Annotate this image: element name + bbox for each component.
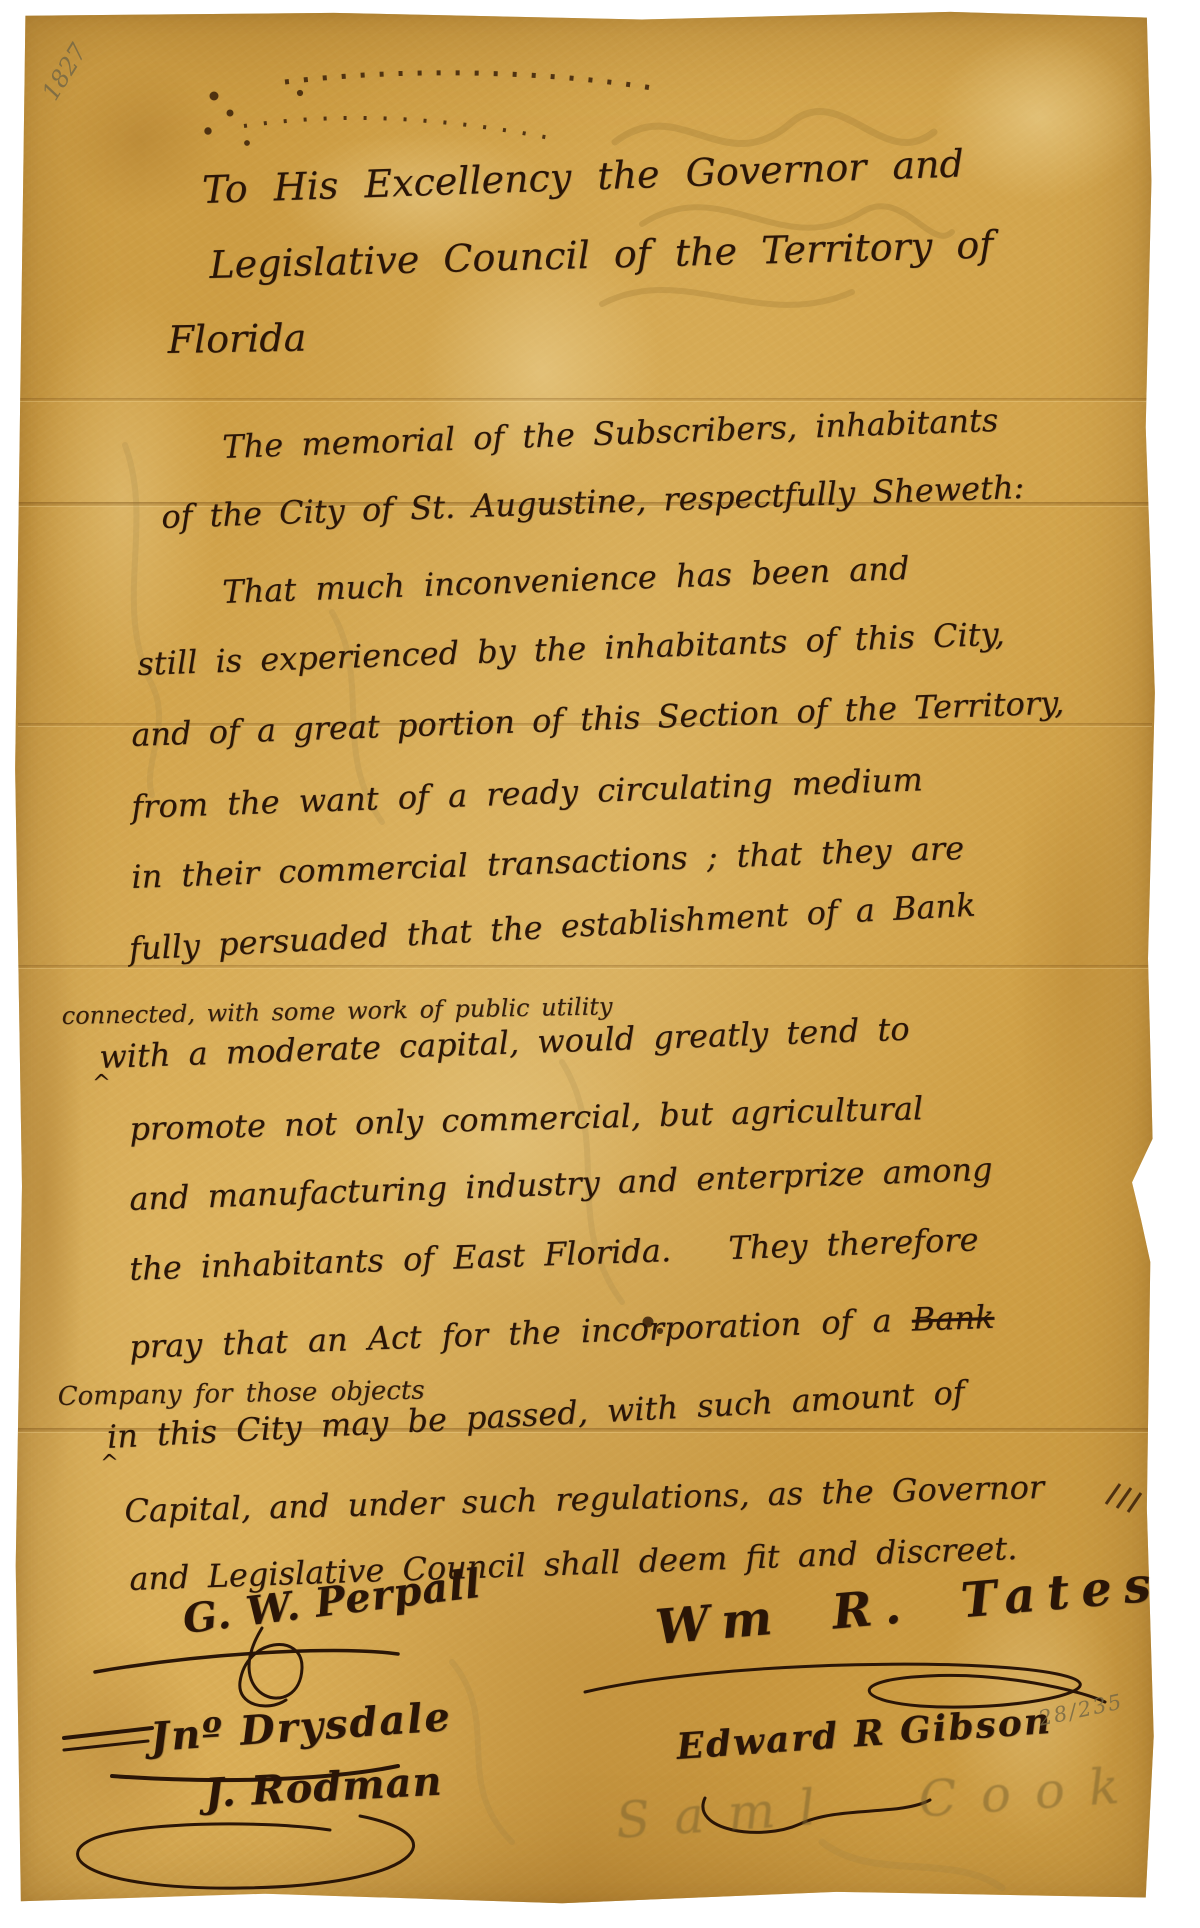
- manuscript-line: pray that an Act for the incorporation o…: [129, 1298, 995, 1366]
- manuscript-line: the inhabitants of East Florida. They th…: [129, 1220, 979, 1288]
- caret-insertion-mark: ^: [100, 1450, 120, 1476]
- handwritten-text: and manufacturing industry and enterpriz…: [129, 1150, 993, 1218]
- manuscript-line: of the City of St. Augustine, respectful…: [161, 468, 1025, 536]
- manuscript-line: Capital, and under such regulations, as …: [124, 1468, 1045, 1530]
- handwritten-text: That much inconvenience has been and: [222, 549, 910, 611]
- manuscript-line: To His Excellency the Governor and: [201, 141, 964, 212]
- handwritten-text: the inhabitants of East Florida. They th…: [129, 1220, 979, 1288]
- manuscript-line: fully persuaded that the establishment o…: [128, 886, 976, 968]
- handwritten-text: and of a great portion of this Section o…: [131, 683, 1065, 754]
- handwritten-text: pray that an Act for the incorporation o…: [129, 1301, 913, 1366]
- manuscript-line: The memorial of the Subscribers, inhabit…: [222, 401, 999, 466]
- scanned-document-stage: To His Excellency the Governor andLegisl…: [0, 0, 1200, 1928]
- handwritten-text: of the City of St. Augustine, respectful…: [161, 468, 1025, 536]
- struck-word: Bank: [911, 1298, 995, 1339]
- manuscript-line: and of a great portion of this Section o…: [131, 683, 1065, 754]
- handwritten-text: still is experienced by the inhabitants …: [137, 615, 1006, 683]
- handwritten-text: Florida: [167, 316, 306, 362]
- handwritten-text: Legislative Council of the Territory of: [209, 222, 994, 287]
- handwritten-text: promote not only commercial, but agricul…: [129, 1089, 924, 1148]
- manuscript-line: promote not only commercial, but agricul…: [129, 1089, 924, 1148]
- caret-insertion-mark: ^: [92, 1071, 111, 1097]
- handwritten-text: from the want of a ready circulating med…: [131, 760, 924, 826]
- manuscript-line: still is experienced by the inhabitants …: [137, 615, 1006, 683]
- manuscript-line: Legislative Council of the Territory of: [209, 222, 994, 287]
- handwritten-text: Capital, and under such regulations, as …: [124, 1468, 1045, 1530]
- handwritten-text: fully persuaded that the establishment o…: [128, 886, 976, 968]
- manuscript-line: from the want of a ready circulating med…: [131, 760, 924, 826]
- manuscript-line: Florida: [167, 316, 306, 362]
- handwritten-text: in their commercial transactions ; that …: [131, 829, 965, 896]
- manuscript-line: That much inconvenience has been and: [222, 549, 910, 611]
- handwritten-text: To His Excellency the Governor and: [201, 141, 964, 212]
- manuscript-line: in their commercial transactions ; that …: [131, 829, 965, 896]
- handwritten-text: The memorial of the Subscribers, inhabit…: [222, 401, 999, 466]
- manuscript-text-block: To His Excellency the Governor andLegisl…: [0, 0, 1200, 1928]
- manuscript-line: and manufacturing industry and enterpriz…: [129, 1150, 993, 1218]
